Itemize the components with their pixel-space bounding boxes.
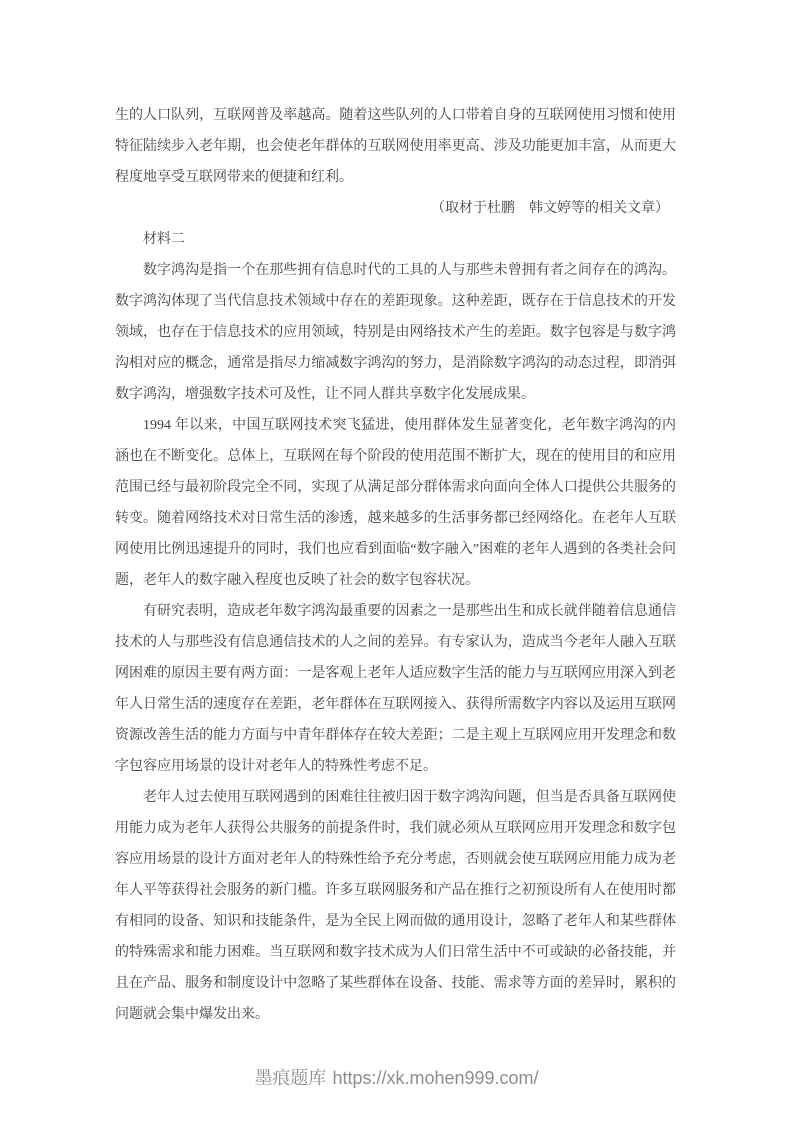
document-page: 生的人口队列，互联网普及率越高。随着这些队列的人口带着自身的互联网使用习惯和使用… <box>0 0 793 1122</box>
footer-site-name: 墨痕题库 <box>254 1068 326 1088</box>
material2-paragraph-definition: 数字鸿沟是指一个在那些拥有信息时代的工具的人与那些未曾拥有者之间存在的鸿沟。数字… <box>115 255 676 410</box>
document-text-block: 生的人口队列，互联网普及率越高。随着这些队列的人口带着自身的互联网使用习惯和使用… <box>115 100 676 1030</box>
material2-paragraph-elderly-difficulties: 老年人过去使用互联网遇到的困难往往被归因于数字鸿沟问题，但当是否具备互联网使用能… <box>115 782 676 1030</box>
material2-paragraph-research: 有研究表明，造成老年数字鸿沟最重要的因素之一是那些出生和成长就伴随着信息通信技术… <box>115 596 676 782</box>
material1-continuation-paragraph: 生的人口队列，互联网普及率越高。随着这些队列的人口带着自身的互联网使用习惯和使用… <box>115 100 676 193</box>
material2-heading: 材料二 <box>115 224 676 255</box>
page-footer: 墨痕题库https://xk.mohen999.com/ <box>0 1066 793 1090</box>
material1-attribution-line: （取材于杜鹏 韩文婷等的相关文章） <box>115 193 676 224</box>
material2-paragraph-since-1994: 1994 年以来，中国互联网技术突飞猛进，使用群体发生显著变化，老年数字鸿沟的内… <box>115 410 676 596</box>
footer-url: https://xk.mohen999.com/ <box>332 1068 538 1088</box>
